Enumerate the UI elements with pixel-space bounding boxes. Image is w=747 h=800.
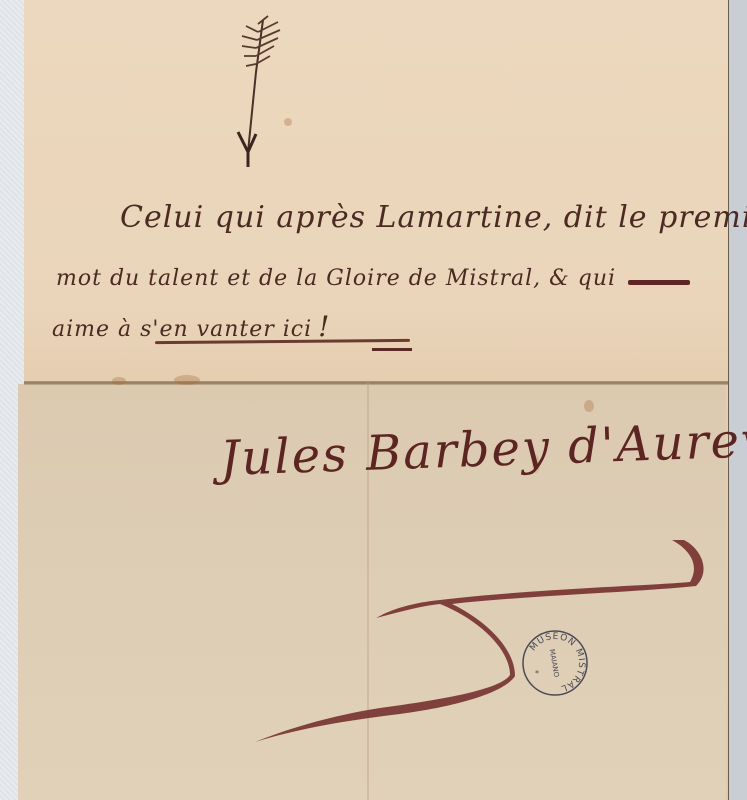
signature-flourish-icon <box>0 0 747 800</box>
stamp-star-marker: * <box>535 669 539 678</box>
museum-stamp: MUSEON MISTRAL MAIANO * <box>520 628 590 698</box>
stamp-seal-icon: MUSEON MISTRAL MAIANO * <box>520 628 590 698</box>
stamp-inner-text: MAIANO <box>548 648 561 678</box>
